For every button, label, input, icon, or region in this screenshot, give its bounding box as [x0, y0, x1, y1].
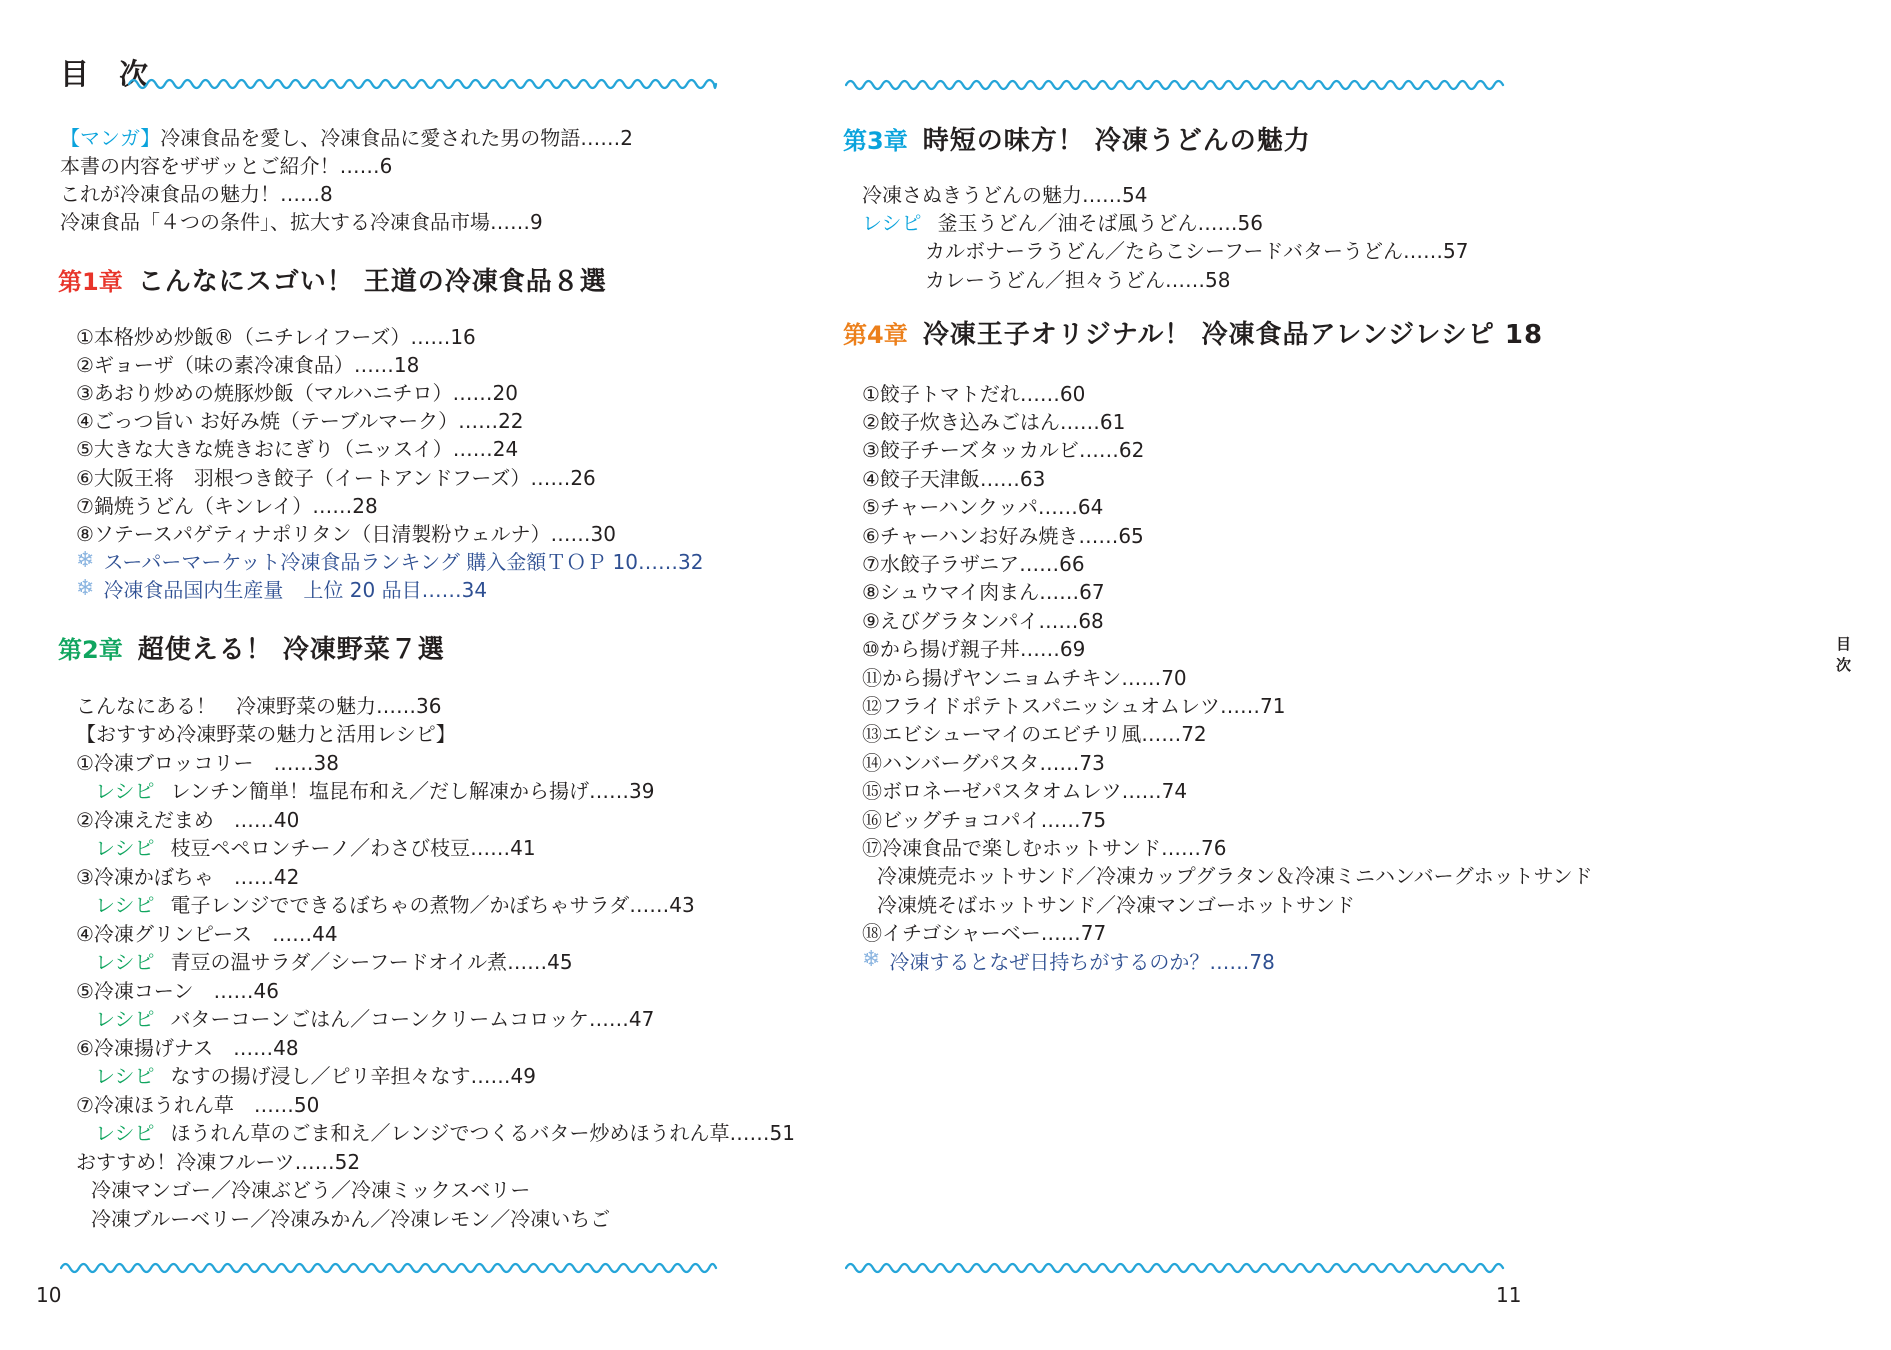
toc-entry-text: ⑦鍋焼うどん（キンレイ）……28	[76, 490, 378, 519]
toc-entry: 【おすすめ冷凍野菜の魅力と活用レシピ】	[76, 719, 795, 748]
toc-entry-text: ③あおり炒めの焼豚炒飯（マルハニチロ）……20	[76, 377, 518, 406]
toc-entry: レシピバターコーンごはん／コーンクリームコロッケ……47	[76, 1004, 795, 1033]
toc-entry-text: 【おすすめ冷凍野菜の魅力と活用レシピ】	[76, 718, 456, 747]
chapter-2-title: 超使える！ 冷凍野菜７選	[138, 629, 445, 666]
toc-entry-text: ①冷凍ブロッコリー ……38	[76, 747, 339, 776]
edge-tab-toc-label: 目次	[1833, 636, 1854, 678]
toc-entry: ③餃子チーズタッカルビ……62	[862, 435, 1593, 463]
toc-entry-text: ⑥冷凍揚げナス ……48	[76, 1032, 299, 1061]
recipe-tag: レシピ	[95, 1003, 155, 1032]
toc-entry: これが冷凍食品の魅力！……8	[60, 178, 633, 206]
toc-entry: ③冷凍かぼちゃ ……42	[76, 861, 795, 890]
toc-entry: ❄冷凍するとなぜ日持ちがするのか？……78	[862, 946, 1593, 974]
toc-entry: ⑭ハンバーグパスタ……73	[862, 747, 1593, 775]
toc-entry-text: ⑧シュウマイ肉まん……67	[862, 576, 1105, 605]
snowflake-icon: ❄	[862, 949, 880, 971]
chapter-1-heading: 第1章 こんなにスゴい！ 王道の冷凍食品８選	[58, 261, 607, 298]
toc-entry-text: 冷凍焼売ホットサンド／冷凍カップグラタン＆冷凍ミニハンバーグホットサンド	[877, 860, 1593, 889]
toc-entry-text: 釜玉うどん／油そば風うどん……56	[938, 207, 1263, 236]
toc-entry-text: スーパーマーケット冷凍食品ランキング 購入金額ＴＯＰ 10……32	[103, 546, 703, 575]
toc-entry-text: ④餃子天津飯……63	[862, 463, 1045, 492]
toc-entry: レシピレンチン簡単！塩昆布和え／だし解凍から揚げ……39	[76, 776, 795, 805]
toc-entry-text: 冷凍食品を愛し、冷凍食品に愛された男の物語……2	[160, 122, 633, 151]
toc-entry: ⑩から揚げ親子丼……69	[862, 634, 1593, 662]
toc-entry: ⑥冷凍揚げナス ……48	[76, 1032, 795, 1061]
toc-entry: ⑬エビシューマイのエビチリ風……72	[862, 719, 1593, 747]
toc-entry-text: 青豆の温サラダ／シーフードオイル煮……45	[171, 946, 573, 975]
chapter-4-list: ①餃子トマトだれ……60②餃子炊き込みごはん……61③餃子チーズタッカルビ……6…	[862, 378, 1593, 974]
wavy-divider-top-right	[845, 76, 1505, 90]
toc-entry: ⑦水餃子ラザニア……66	[862, 548, 1593, 576]
toc-entry-text: こんなにある！ 冷凍野菜の魅力……36	[76, 690, 441, 719]
recipe-tag: レシピ	[95, 946, 155, 975]
toc-entry: ⑫フライドポテトスパニッシュオムレツ……71	[862, 690, 1593, 718]
toc-entry-text: ⑤チャーハンクッパ……64	[862, 491, 1103, 520]
manga-tag: 【マンガ】	[60, 122, 160, 151]
front-matter-list: 【マンガ】冷凍食品を愛し、冷凍食品に愛された男の物語……2本書の内容をザザッとご…	[60, 122, 633, 234]
toc-entry: 冷凍マンゴー／冷凍ぶどう／冷凍ミックスベリー	[76, 1175, 795, 1204]
toc-entry: ①本格炒め炒飯®（ニチレイフーズ）……16	[76, 321, 703, 349]
toc-entry: ⑧シュウマイ肉まん……67	[862, 577, 1593, 605]
chapter-4-title: 冷凍王子オリジナル！ 冷凍食品アレンジレシピ 18	[923, 314, 1543, 351]
toc-entry-text: 冷凍食品国内生産量 上位 20 品目……34	[103, 574, 487, 603]
toc-entry: カレーうどん／担々うどん……58	[862, 264, 1468, 292]
toc-entry-text: 冷凍ブルーベリー／冷凍みかん／冷凍レモン／冷凍いちご	[91, 1203, 610, 1232]
toc-entry: ⑥大阪王将 羽根つき餃子（イートアンドフーズ）……26	[76, 462, 703, 490]
toc-entry-text: ⑪から揚げヤンニョムチキン……70	[862, 662, 1187, 691]
recipe-tag: レシピ	[862, 207, 922, 236]
toc-entry: ⑮ボロネーゼパスタオムレツ……74	[862, 775, 1593, 803]
toc-entry: ⑦冷凍ほうれん草 ……50	[76, 1089, 795, 1118]
toc-entry-text: ⑬エビシューマイのエビチリ風……72	[862, 718, 1207, 747]
toc-entry-text: ⑥大阪王将 羽根つき餃子（イートアンドフーズ）……26	[76, 462, 596, 491]
toc-entry-text: これが冷凍食品の魅力！……8	[60, 178, 333, 207]
toc-entry: ⑯ビッグチョコパイ……75	[862, 804, 1593, 832]
chapter-3-heading: 第3章 時短の味方！ 冷凍うどんの魅力	[843, 120, 1311, 157]
chapter-1-list: ①本格炒め炒飯®（ニチレイフーズ）……16②ギョーザ（味の素冷凍食品）……18③…	[76, 321, 703, 603]
toc-entry: ②餃子炊き込みごはん……61	[862, 406, 1593, 434]
toc-entry: ⑤大きな大きな焼きおにぎり（ニッスイ）……24	[76, 434, 703, 462]
toc-entry: ④冷凍グリンピース ……44	[76, 918, 795, 947]
toc-entry-text: ⑯ビッグチョコパイ……75	[862, 804, 1106, 833]
toc-entry-text: 冷凍焼そばホットサンド／冷凍マンゴーホットサンド	[877, 889, 1355, 918]
toc-entry: 冷凍食品「４つの条件」、拡大する冷凍食品市場……9	[60, 206, 633, 234]
toc-entry: ⑨えびグラタンパイ……68	[862, 605, 1593, 633]
toc-entry: ①餃子トマトだれ……60	[862, 378, 1593, 406]
toc-entry: レシピ青豆の温サラダ／シーフードオイル煮……45	[76, 947, 795, 976]
toc-entry: レシピ枝豆ペペロンチーノ／わさび枝豆……41	[76, 833, 795, 862]
toc-entry-text: ⑦冷凍ほうれん草 ……50	[76, 1089, 319, 1118]
toc-entry-text: ⑤冷凍コーン ……46	[76, 975, 279, 1004]
toc-entry: ⑤冷凍コーン ……46	[76, 975, 795, 1004]
toc-entry-text: ④冷凍グリンピース ……44	[76, 918, 338, 947]
toc-entry: 本書の内容をザザッとご紹介！……6	[60, 150, 633, 178]
toc-entry: 【マンガ】冷凍食品を愛し、冷凍食品に愛された男の物語……2	[60, 122, 633, 150]
toc-entry: ④ごっつ旨い お好み焼（テーブルマーク）……22	[76, 406, 703, 434]
chapter-2-heading: 第2章 超使える！ 冷凍野菜７選	[58, 629, 445, 666]
toc-entry-text: ③餃子チーズタッカルビ……62	[862, 434, 1144, 463]
toc-entry: ③あおり炒めの焼豚炒飯（マルハニチロ）……20	[76, 377, 703, 405]
toc-entry-text: ⑤大きな大きな焼きおにぎり（ニッスイ）……24	[76, 433, 518, 462]
recipe-tag: レシピ	[95, 1117, 155, 1146]
toc-entry-text: ほうれん草のごま和え／レンジでつくるバター炒めほうれん草……51	[171, 1117, 795, 1146]
toc-entry: 冷凍ブルーベリー／冷凍みかん／冷凍レモン／冷凍いちご	[76, 1203, 795, 1232]
toc-entry-text: バターコーンごはん／コーンクリームコロッケ……47	[171, 1003, 655, 1032]
recipe-tag: レシピ	[95, 889, 155, 918]
toc-entry-text: カレーうどん／担々うどん……58	[925, 264, 1230, 293]
toc-entry-text: 本書の内容をザザッとご紹介！……6	[60, 150, 392, 179]
toc-entry-text: ⑥チャーハンお好み焼き……65	[862, 520, 1144, 549]
toc-entry-text: ①餃子トマトだれ……60	[862, 378, 1085, 407]
toc-entry-text: 電子レンジでできるぼちゃの煮物／かぼちゃサラダ……43	[171, 889, 695, 918]
snowflake-icon: ❄	[76, 578, 94, 600]
toc-entry-text: 枝豆ペペロンチーノ／わさび枝豆……41	[171, 832, 536, 861]
toc-entry-text: 冷凍食品「４つの条件」、拡大する冷凍食品市場……9	[60, 206, 543, 235]
toc-entry-text: なすの揚げ浸し／ピリ辛担々なす……49	[171, 1060, 536, 1089]
toc-entry: ⑱イチゴシャーベー……77	[862, 917, 1593, 945]
toc-entry: ❄スーパーマーケット冷凍食品ランキング 購入金額ＴＯＰ 10……32	[76, 547, 703, 575]
toc-entry: ④餃子天津飯……63	[862, 463, 1593, 491]
toc-entry: カルボナーラうどん／たらこシーフードバターうどん……57	[862, 236, 1468, 264]
toc-entry: レシピなすの揚げ浸し／ピリ辛担々なす……49	[76, 1061, 795, 1090]
toc-entry-text: ⑩から揚げ親子丼……69	[862, 633, 1085, 662]
chapter-3-label: 第3章	[843, 121, 908, 156]
toc-entry-text: ③冷凍かぼちゃ ……42	[76, 861, 299, 890]
chapter-2-list: こんなにある！ 冷凍野菜の魅力……36【おすすめ冷凍野菜の魅力と活用レシピ】①冷…	[76, 690, 795, 1232]
snowflake-icon: ❄	[76, 550, 94, 572]
toc-entry: レシピほうれん草のごま和え／レンジでつくるバター炒めほうれん草……51	[76, 1118, 795, 1147]
toc-entry-text: カルボナーラうどん／たらこシーフードバターうどん……57	[925, 235, 1468, 264]
toc-entry: ⑧ソテースパゲティナポリタン（日清製粉ウェルナ）……30	[76, 518, 703, 546]
toc-entry: ⑥チャーハンお好み焼き……65	[862, 520, 1593, 548]
recipe-tag: レシピ	[95, 1060, 155, 1089]
toc-entry: こんなにある！ 冷凍野菜の魅力……36	[76, 690, 795, 719]
chapter-4-heading: 第4章 冷凍王子オリジナル！ 冷凍食品アレンジレシピ 18	[843, 314, 1543, 351]
toc-entry: おすすめ！冷凍フルーツ……52	[76, 1146, 795, 1175]
toc-entry-text: ⑮ボロネーゼパスタオムレツ……74	[862, 775, 1187, 804]
wavy-divider-bottom-right	[845, 1259, 1505, 1273]
toc-entry-text: 冷凍するとなぜ日持ちがするのか？……78	[889, 946, 1274, 975]
toc-entry-text: ⑰冷凍食品で楽しむホットサンド……76	[862, 832, 1226, 861]
page-number-right: 11	[1496, 1283, 1521, 1307]
toc-entry-text: 冷凍マンゴー／冷凍ぶどう／冷凍ミックスベリー	[91, 1174, 530, 1203]
toc-entry-text: ②ギョーザ（味の素冷凍食品）……18	[76, 349, 419, 378]
toc-entry-text: 冷凍さぬきうどんの魅力……54	[862, 179, 1147, 208]
toc-entry-text: ④ごっつ旨い お好み焼（テーブルマーク）……22	[76, 405, 524, 434]
toc-entry: ⑦鍋焼うどん（キンレイ）……28	[76, 490, 703, 518]
chapter-3-list: 冷凍さぬきうどんの魅力……54レシピ釜玉うどん／油そば風うどん……56カルボナー…	[862, 179, 1468, 293]
toc-entry-text: ②餃子炊き込みごはん……61	[862, 406, 1125, 435]
wavy-divider-bottom-left	[60, 1259, 718, 1273]
toc-entry: ⑰冷凍食品で楽しむホットサンド……76	[862, 832, 1593, 860]
toc-entry-text: ⑦水餃子ラザニア……66	[862, 548, 1085, 577]
toc-entry: 冷凍さぬきうどんの魅力……54	[862, 179, 1468, 207]
page-number-left: 10	[36, 1283, 61, 1307]
toc-entry-text: ⑫フライドポテトスパニッシュオムレツ……71	[862, 690, 1285, 719]
toc-entry: ②冷凍えだまめ ……40	[76, 804, 795, 833]
toc-entry-text: ②冷凍えだまめ ……40	[76, 804, 299, 833]
toc-entry-text: おすすめ！冷凍フルーツ……52	[76, 1146, 360, 1175]
recipe-tag: レシピ	[95, 775, 155, 804]
toc-entry: ⑤チャーハンクッパ……64	[862, 492, 1593, 520]
toc-entry-text: ⑱イチゴシャーベー……77	[862, 917, 1106, 946]
toc-entry-text: レンチン簡単！塩昆布和え／だし解凍から揚げ……39	[171, 775, 655, 804]
toc-spread: 目 次 【マンガ】冷凍食品を愛し、冷凍食品に愛された男の物語……2本書の内容をザ…	[0, 0, 1891, 1350]
chapter-3-title: 時短の味方！ 冷凍うどんの魅力	[923, 120, 1311, 157]
wavy-divider-top-left	[128, 75, 718, 89]
chapter-2-label: 第2章	[58, 630, 123, 665]
toc-entry-text: ⑭ハンバーグパスタ……73	[862, 747, 1105, 776]
toc-entry: 冷凍焼そばホットサンド／冷凍マンゴーホットサンド	[862, 889, 1593, 917]
toc-entry: 冷凍焼売ホットサンド／冷凍カップグラタン＆冷凍ミニハンバーグホットサンド	[862, 861, 1593, 889]
chapter-1-title: こんなにスゴい！ 王道の冷凍食品８選	[138, 261, 607, 298]
toc-entry: ⑪から揚げヤンニョムチキン……70	[862, 662, 1593, 690]
toc-entry: ②ギョーザ（味の素冷凍食品）……18	[76, 349, 703, 377]
chapter-4-label: 第4章	[843, 315, 908, 350]
recipe-tag: レシピ	[95, 832, 155, 861]
toc-entry-text: ①本格炒め炒飯®（ニチレイフーズ）……16	[76, 321, 476, 350]
toc-entry-text: ⑨えびグラタンパイ……68	[862, 605, 1104, 634]
toc-entry-text: ⑧ソテースパゲティナポリタン（日清製粉ウェルナ）……30	[76, 518, 616, 547]
toc-entry: レシピ電子レンジでできるぼちゃの煮物／かぼちゃサラダ……43	[76, 890, 795, 919]
toc-entry: レシピ釜玉うどん／油そば風うどん……56	[862, 207, 1468, 235]
toc-entry: ❄冷凍食品国内生産量 上位 20 品目……34	[76, 575, 703, 603]
toc-entry: ①冷凍ブロッコリー ……38	[76, 747, 795, 776]
chapter-1-label: 第1章	[58, 262, 123, 297]
